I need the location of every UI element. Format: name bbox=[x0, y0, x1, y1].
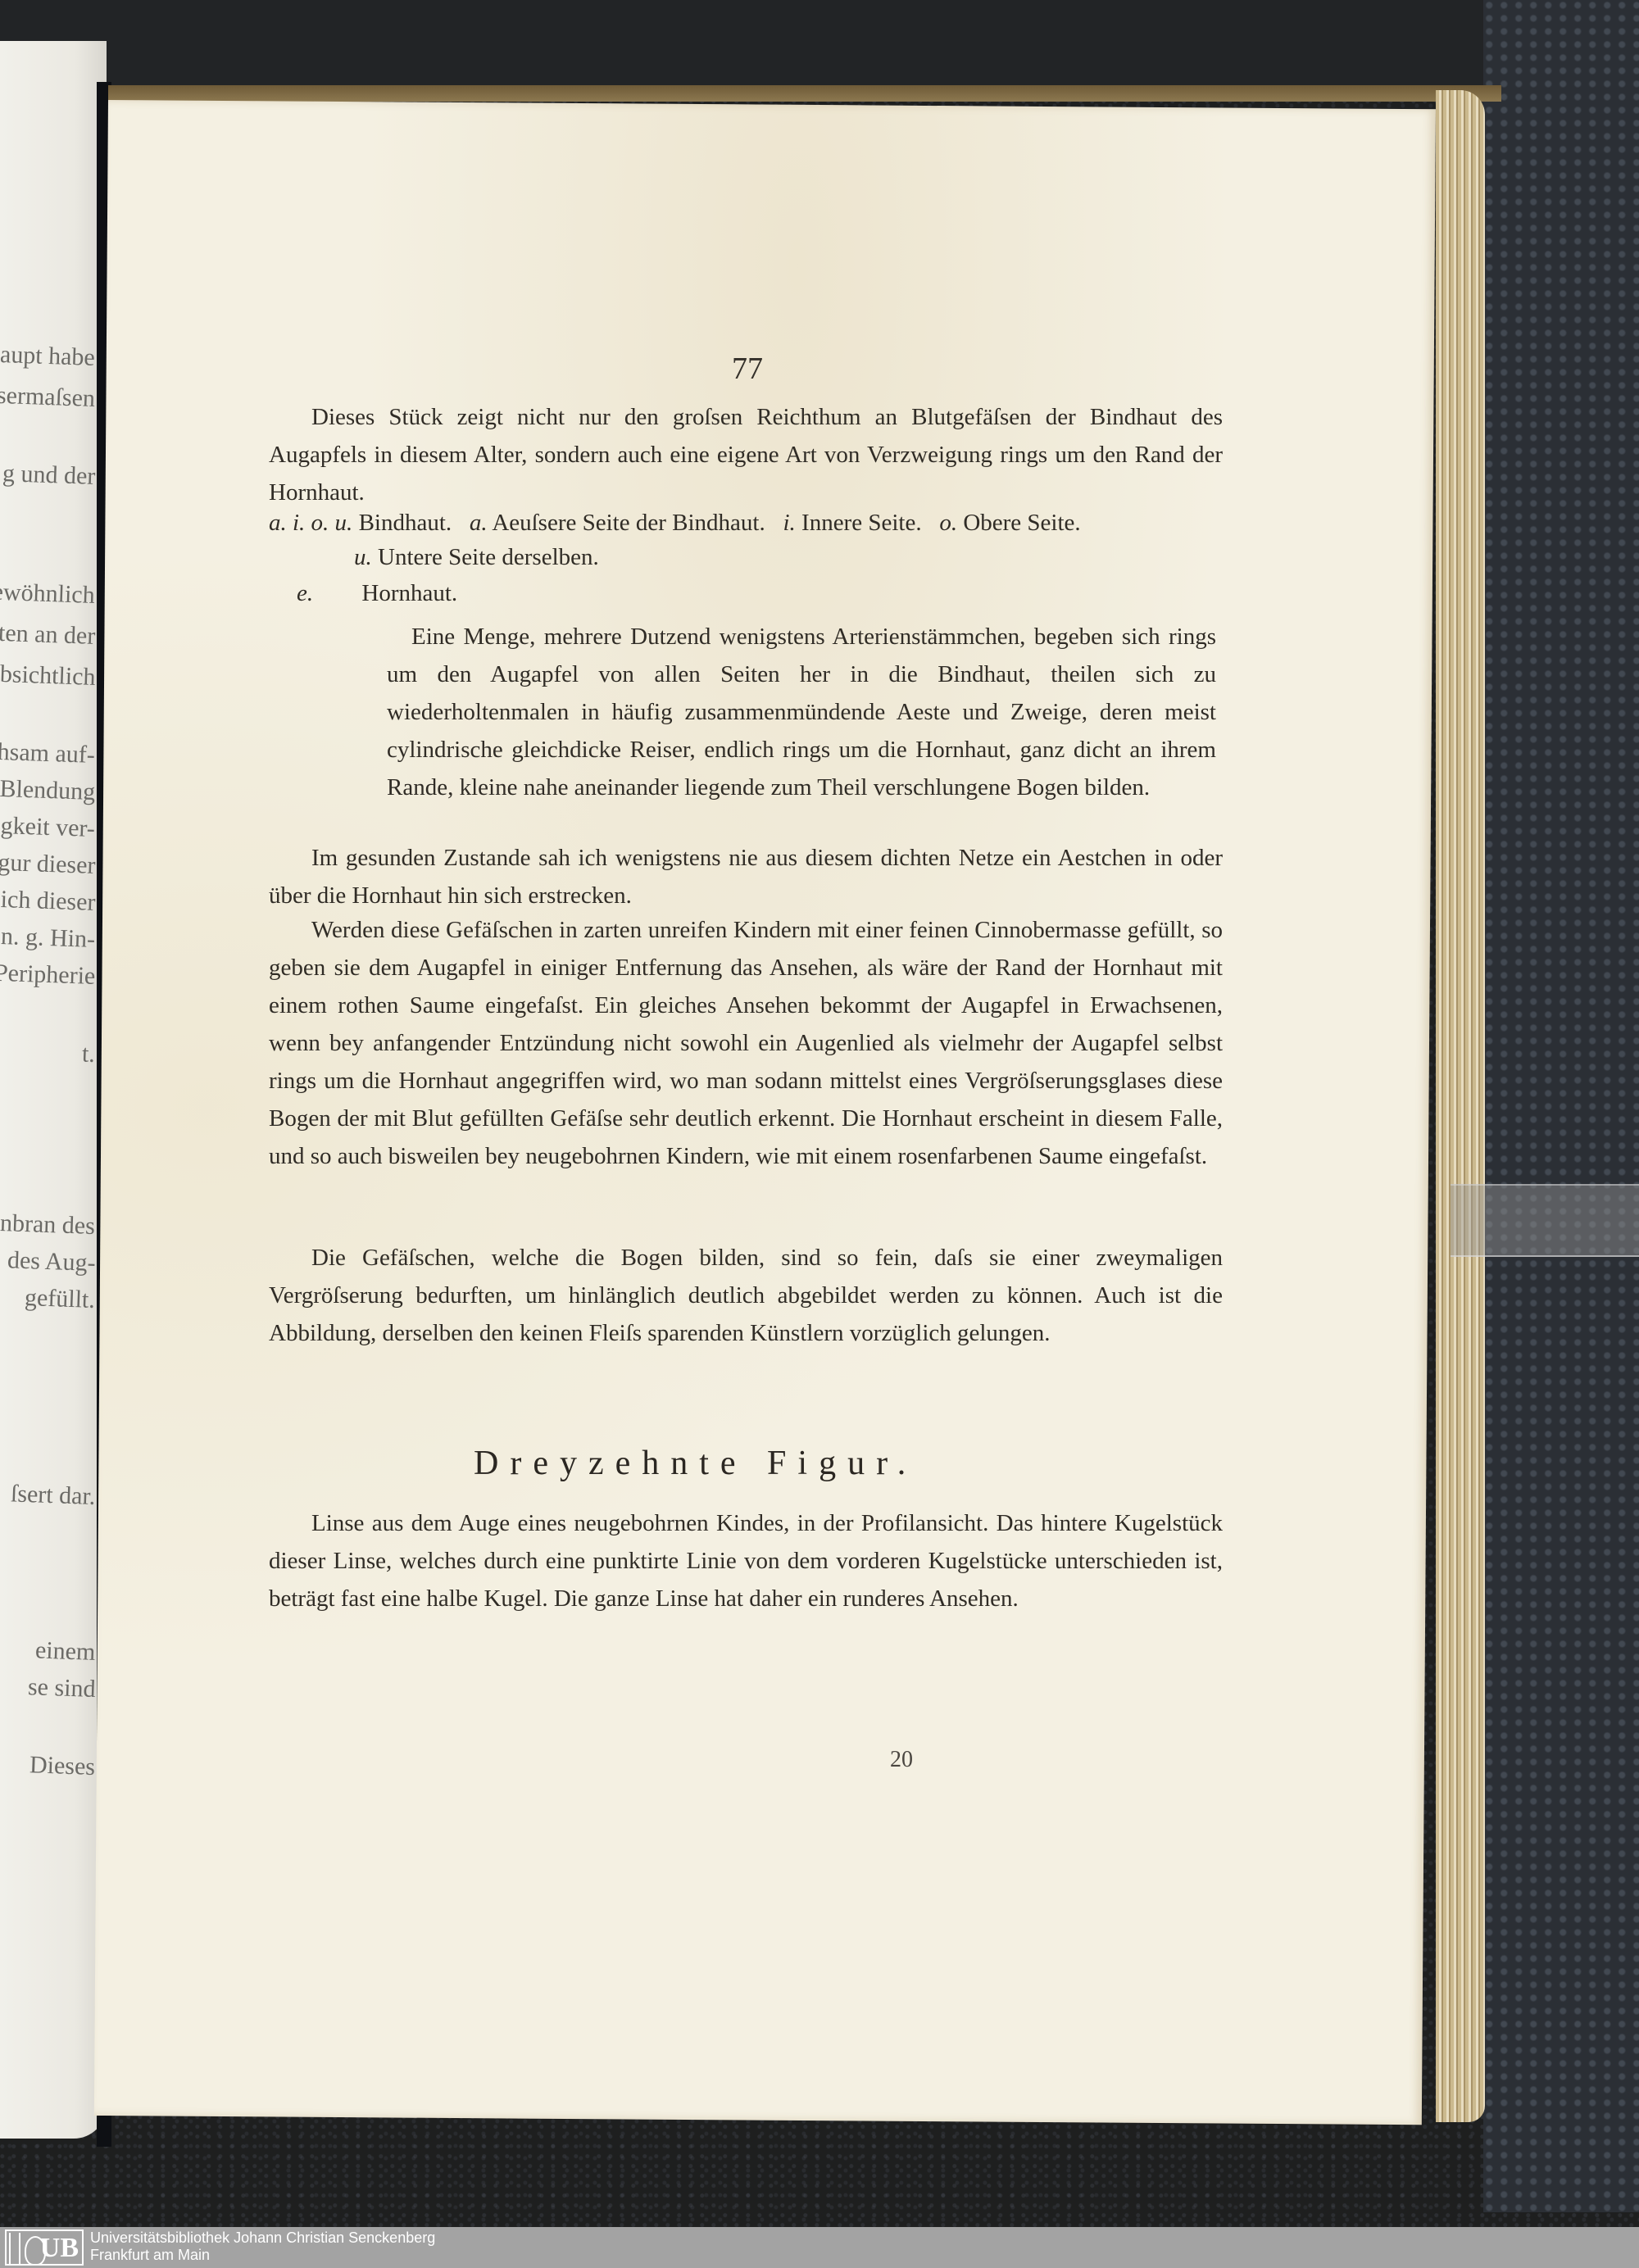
left-page-fragment: n. g. Hin- bbox=[0, 923, 95, 954]
library-footer: UB Universitätsbibliothek Johann Christi… bbox=[0, 2227, 1639, 2268]
library-name: Universitätsbibliothek Johann Christian … bbox=[90, 2229, 435, 2247]
paragraph-2: Im gesunden Zustande sah ich wenigstens … bbox=[269, 839, 1223, 914]
legend-text: Untere Seite derselben. bbox=[378, 544, 599, 570]
legend-text: Bindhaut. bbox=[359, 510, 452, 536]
paragraph-text: Die Gefäſschen, welche die Bogen bilden,… bbox=[269, 1239, 1223, 1352]
legend-row-3: e. Hornhaut. bbox=[297, 580, 457, 607]
paragraph-text: Dieses Stück zeigt nicht nur den groſsen… bbox=[269, 398, 1223, 511]
left-page-fragment: ichsam auf- bbox=[0, 737, 96, 769]
gilt-edge-top bbox=[108, 85, 1501, 102]
legend-row-1: a. i. o. u. Bindhaut. a. Aeuſsere Seite … bbox=[269, 510, 1081, 537]
left-page-fragment: Peripherie bbox=[0, 959, 96, 991]
library-logo: UB bbox=[5, 2229, 84, 2266]
legend-text: Obere Seite. bbox=[963, 510, 1080, 536]
paragraph-text: Linse aus dem Auge eines neugebohrnen Ki… bbox=[269, 1504, 1223, 1617]
legend-row-2: u. Untere Seite derselben. bbox=[354, 544, 599, 571]
left-page-fragment: haupt habe bbox=[0, 340, 96, 372]
legend-key: i. bbox=[783, 510, 795, 536]
legend-text: Innere Seite. bbox=[801, 510, 922, 536]
left-page-fragment: g und der bbox=[2, 460, 95, 491]
signature-mark: 20 bbox=[890, 1747, 913, 1773]
legend-key: a. i. o. u. bbox=[269, 510, 352, 536]
left-page-fragment: tigkeit ver- bbox=[0, 811, 96, 843]
paragraph-1: Eine Menge, mehrere Dutzend wenigstens A… bbox=[387, 618, 1216, 806]
page-stack-edge bbox=[1436, 90, 1485, 2122]
page-number: 77 bbox=[732, 351, 763, 387]
legend-text: Aeuſsere Seite der Bindhaut. bbox=[492, 510, 765, 536]
left-page-fragment: gefüllt. bbox=[25, 1284, 96, 1314]
left-page-fragment: nbran des bbox=[0, 1209, 96, 1241]
left-page-fragment: einem bbox=[34, 1636, 95, 1667]
left-page-fragment: Dieses bbox=[29, 1751, 95, 1781]
left-page-fragment: sich dieser bbox=[0, 886, 96, 917]
intro-paragraph: Dieses Stück zeigt nicht nur den groſsen… bbox=[269, 398, 1223, 511]
left-page-fragment: ſsert dar. bbox=[10, 1480, 95, 1511]
left-page: haupt habeissermaſseng und derGewöhnlich… bbox=[0, 41, 107, 2139]
left-page-fragment: igur dieser bbox=[0, 849, 96, 880]
paragraph-3: Werden diese Gefäſschen in zarten unreif… bbox=[269, 911, 1223, 1175]
legend-key: a. bbox=[470, 510, 488, 536]
left-page-fragment: issermaſsen bbox=[0, 381, 96, 413]
paragraph-text: Werden diese Gefäſschen in zarten unreif… bbox=[269, 911, 1223, 1175]
legend-key: e. bbox=[297, 580, 313, 606]
legend-key: o. bbox=[939, 510, 957, 536]
left-page-fragment: r absichtlich bbox=[0, 660, 96, 692]
library-city: Frankfurt am Main bbox=[90, 2247, 210, 2264]
paragraph-text: Eine Menge, mehrere Dutzend wenigstens A… bbox=[387, 618, 1216, 806]
left-page-fragment: se sind bbox=[27, 1673, 96, 1703]
page-clip bbox=[1451, 1184, 1639, 1257]
left-page-fragment: lsten an der bbox=[0, 619, 96, 651]
legend-key: u. bbox=[354, 544, 372, 570]
logo-text: UB bbox=[40, 2233, 79, 2264]
legend-text: Hornhaut. bbox=[361, 580, 457, 606]
left-page-fragment: des Aug- bbox=[7, 1246, 96, 1277]
paragraph-4: Die Gefäſschen, welche die Bogen bilden,… bbox=[269, 1239, 1223, 1352]
column-icon bbox=[9, 2233, 20, 2264]
paragraph-text: Im gesunden Zustande sah ich wenigstens … bbox=[269, 839, 1223, 914]
section-paragraph: Linse aus dem Auge eines neugebohrnen Ki… bbox=[269, 1504, 1223, 1617]
left-page-fragment: Gewöhnlich bbox=[0, 578, 96, 610]
section-heading: Dreyzehnte Figur. bbox=[474, 1444, 917, 1483]
left-page-fragment: r Blendung bbox=[0, 774, 96, 806]
book-cover-right bbox=[1483, 0, 1639, 2212]
left-page-fragment: t. bbox=[82, 1040, 96, 1068]
book-cover-top bbox=[0, 0, 1639, 98]
